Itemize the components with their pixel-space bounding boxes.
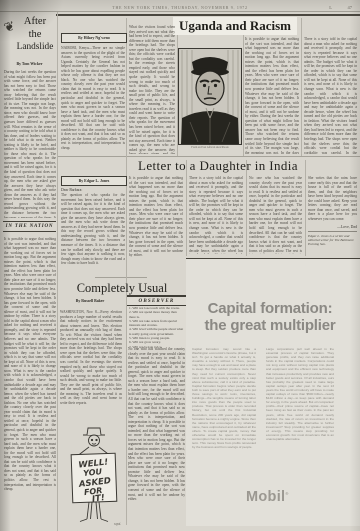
letter-col3: There is a story told in the capital abo… xyxy=(189,176,243,254)
illustration-caption: From an East African sketchbook xyxy=(178,146,242,149)
letter-col1-body: The question of who speaks for the movem… xyxy=(61,193,125,271)
ad-col2: Large corporations pull well ahead in th… xyxy=(266,347,334,487)
wicker-headline-line2: the xyxy=(14,29,56,42)
wicker-headline: After the Landslide xyxy=(14,16,56,53)
wicker-headline-line3: Landslide xyxy=(14,41,56,53)
wicker-body-top-text1: During the last weeks the question of wh… xyxy=(4,70,56,156)
column-rule-3b xyxy=(186,160,187,256)
observer-item: 2. Will not spend more money than there … xyxy=(127,310,186,319)
mobil-logo-text: Mobil xyxy=(246,489,285,505)
wicker-body-bottom-text3: No one who has watched the country close… xyxy=(4,401,56,491)
baker-col1-text: What the visitors found when they arrive… xyxy=(60,333,122,405)
wicker-rubric: IN THE NATION xyxy=(3,221,56,232)
uganda-col3-text2: During the last weeks the question of wh… xyxy=(245,114,299,154)
letter-col4-text: No one who has watched the country close… xyxy=(249,176,302,254)
section-rule-baker xyxy=(95,277,147,278)
ad-col1: Capital formation may sound like a Washi… xyxy=(192,347,256,487)
uganda-illustration: From an East African sketchbook xyxy=(178,48,242,149)
mobil-advertisement: Capital formation: the great multiplier … xyxy=(186,258,360,526)
uganda-col1: NAIROBI, Kenya—There are no simple answe… xyxy=(61,46,125,154)
baker-col2-text2: It is possible to argue that nothing of … xyxy=(128,420,185,501)
uganda-col4: There is a story told in the capital abo… xyxy=(304,37,357,154)
uganda-col4-text1: There is a story told in the capital abo… xyxy=(304,37,357,123)
edition-mark: L xyxy=(329,5,332,10)
mobil-logo: Mobil® xyxy=(246,489,289,505)
column-rule-4b xyxy=(246,160,247,256)
column-rule-4a xyxy=(243,18,244,156)
letter-col2: It is possible to argue that nothing of … xyxy=(129,176,183,272)
wicker-body-top: During the last weeks the question of wh… xyxy=(4,70,56,218)
letter-col4: No one who has watched the country close… xyxy=(249,176,302,254)
observer-item: 4. Will level with the people about what… xyxy=(127,327,186,336)
letter-col1-text: The question of who speaks for the movem… xyxy=(61,193,125,265)
section-rule-uganda-letter xyxy=(58,156,360,157)
baker-col2: No one who has watched the country close… xyxy=(128,347,185,525)
baker-cartoon: WELL! YOU ASKED FOR IT! sgd. xyxy=(58,423,128,527)
masthead-rule xyxy=(0,11,360,12)
newspaper-page: THE NEW YORK TIMES, THURSDAY, NOVEMBER 9… xyxy=(0,0,360,531)
ad-headline: Capital formation: the great multiplier xyxy=(186,301,354,334)
letter-col5-body: She writes that the rains have come earl… xyxy=(308,176,357,224)
observer-box: OBSERVER 1. Will not lose touch with the… xyxy=(127,295,186,349)
column-rule-5a xyxy=(301,18,302,156)
cartoon-man-with-sign: WELL! YOU ASKED FOR IT! sgd. xyxy=(58,423,128,527)
cartoon-sign-line5: IT! xyxy=(91,493,105,505)
cartoonist-signature: sgd. xyxy=(114,522,121,526)
wicker-body-bottom: It is possible to argue that nothing of … xyxy=(4,237,56,527)
uganda-col1-text: No one who has watched the country close… xyxy=(61,78,125,150)
baker-headline: Completely Usual xyxy=(58,281,186,296)
wicker-body-bottom-text1: It is possible to argue that nothing of … xyxy=(4,237,56,318)
letter-col3-text: There is a story told in the capital abo… xyxy=(189,176,243,254)
letter-col2-text: It is possible to argue that nothing of … xyxy=(129,176,183,257)
uganda-headline: Uganda and Racism xyxy=(173,17,297,35)
uganda-byline-box: By Hilary Ng'weno xyxy=(61,33,127,43)
wicker-body-bottom-text2: There is a story told in the capital abo… xyxy=(4,314,56,404)
uganda-col2: What the visitors found when they arrive… xyxy=(129,25,175,154)
baker-byline: By Russell Baker xyxy=(58,299,122,303)
uganda-col2-text1: What the visitors found when they arrive… xyxy=(129,25,175,120)
page-number: 47 xyxy=(348,5,353,10)
observer-item: 3. Will not take orders from special int… xyxy=(127,319,186,328)
letter-col1: Dear Barbara: The question of who speaks… xyxy=(61,188,125,271)
masthead: THE NEW YORK TIMES, THURSDAY, NOVEMBER 9… xyxy=(40,5,320,10)
uganda-col3: It is possible to argue that nothing of … xyxy=(245,37,299,154)
observer-label: OBSERVER xyxy=(127,297,186,306)
ad-headline-line1: Capital formation: xyxy=(186,301,354,318)
header-rule xyxy=(56,14,360,16)
letter-author-credit: Edgar L. Jones is a writer and editorial… xyxy=(308,231,357,247)
letter-byline-box: By Edgar L. Jones xyxy=(61,176,127,186)
uganda-col2-text2: The question of who speaks for the movem… xyxy=(129,116,175,154)
wicker-headline-line1: After xyxy=(14,16,56,29)
letter-col5-text: She writes that the rains have come earl… xyxy=(308,176,357,221)
baker-col1: WASHINGTON, Nov. 8—Every election produc… xyxy=(60,310,122,420)
uganda-col4-text2: What the visitors found when they arrive… xyxy=(304,119,357,154)
letter-col5: She writes that the rains have come earl… xyxy=(308,176,357,247)
column-rule-5b xyxy=(305,160,306,256)
wicker-byline: By Tom Wicker xyxy=(3,62,56,66)
mobil-trademark: ® xyxy=(285,491,288,496)
letter-headline: Letter to a Daughter in India xyxy=(80,158,356,174)
ad-headline-line2: the great multiplier xyxy=(186,318,354,335)
letter-signoff: —Love, Dad xyxy=(308,225,357,229)
uganda-headline-row: Uganda and Racism xyxy=(150,17,320,35)
uganda-col1-intro: NAIROBI, Kenya—There are no simple answe… xyxy=(61,46,125,82)
wicker-body-top-text2: The question of who speaks for the movem… xyxy=(4,152,56,218)
woodcut-portrait-illustration xyxy=(178,48,242,145)
baker-col2-text1: No one who has watched the country close… xyxy=(128,347,185,424)
uganda-col3-text1: It is possible to argue that nothing of … xyxy=(245,37,299,118)
